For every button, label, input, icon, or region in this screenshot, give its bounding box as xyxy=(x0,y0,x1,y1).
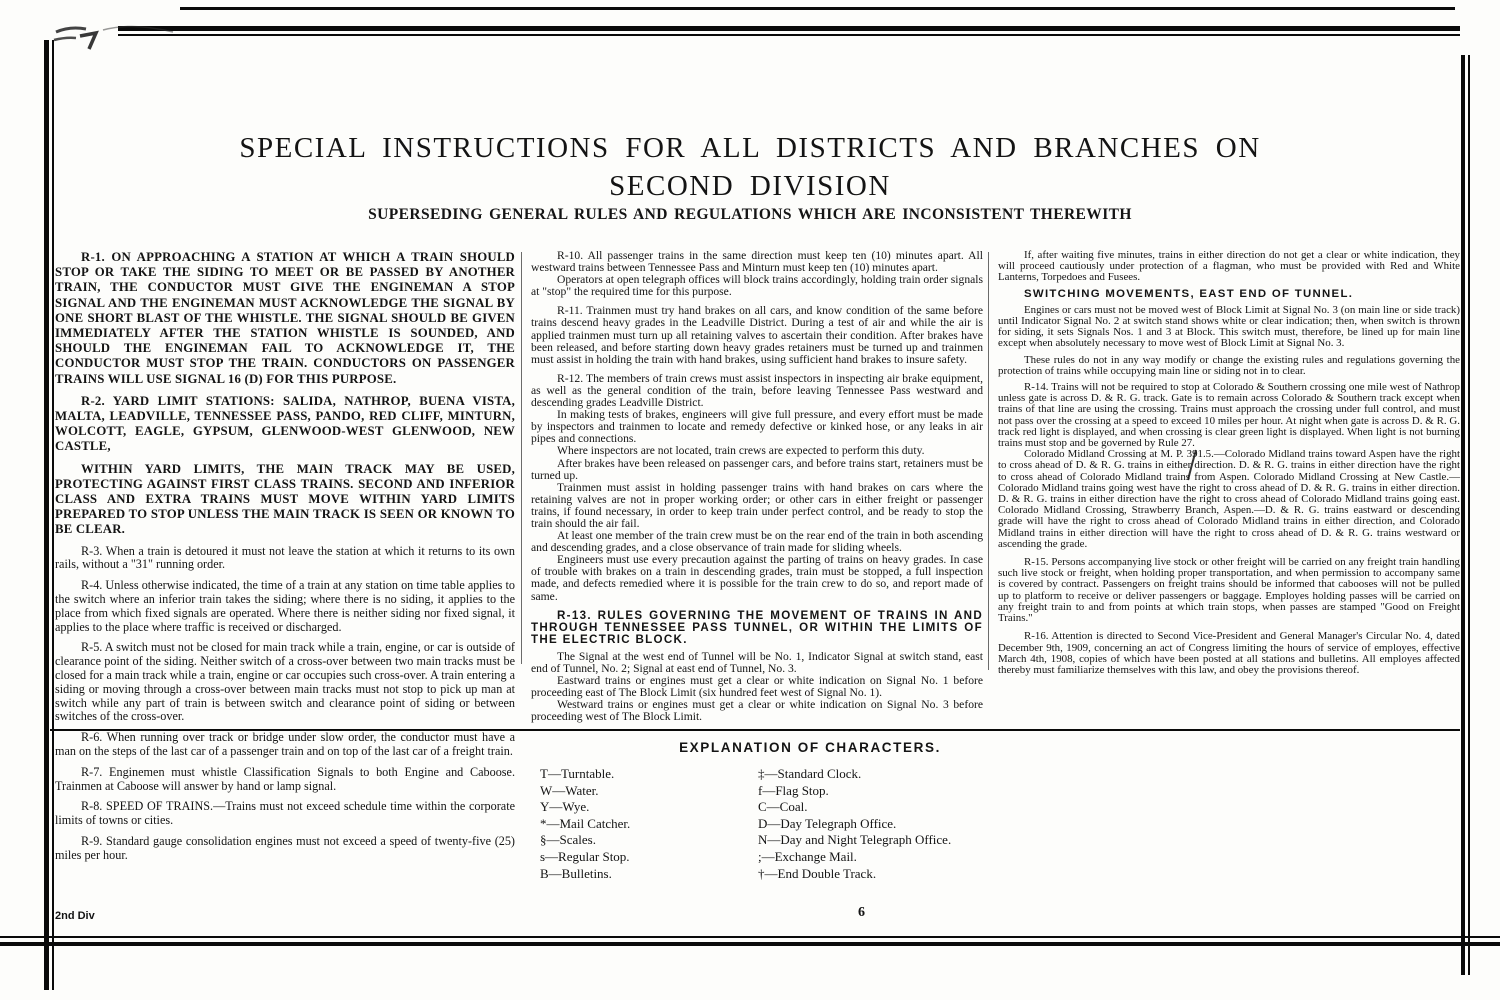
page-subtitle: SUPERSEDING GENERAL RULES AND REGULATION… xyxy=(120,206,1380,224)
top-rule-a xyxy=(118,26,1460,31)
rule-r13-heading: R-13. RULES GOVERNING THE MOVEMENT OF TR… xyxy=(531,610,983,646)
char-turntable: T—Turntable. xyxy=(540,766,630,783)
rule-r12-cont-3: After brakes have been released on passe… xyxy=(531,458,983,482)
rule-r13-para-3: Westward trains or engines must get a cl… xyxy=(531,699,983,723)
char-day-telegraph: D—Day Telegraph Office. xyxy=(758,816,951,833)
char-coal: C—Coal. xyxy=(758,799,951,816)
rule-r10-cont: Operators at open telegraph offices will… xyxy=(531,274,983,298)
explanation-heading: EXPLANATION OF CHARACTERS. xyxy=(180,740,1440,755)
char-day-night-telegraph: N—Day and Night Telegraph Office. xyxy=(758,832,951,849)
char-standard-clock: ‡—Standard Clock. xyxy=(758,766,951,783)
rule-r8: R-8. SPEED OF TRAINS.—Trains must not ex… xyxy=(55,800,515,828)
rule-r2-yard-limits: WITHIN YARD LIMITS, THE MAIN TRACK MAY B… xyxy=(55,462,515,538)
char-wye: Y—Wye. xyxy=(540,799,630,816)
char-exchange-mail: ;—Exchange Mail. xyxy=(758,849,951,866)
page-title-line2: SECOND DIVISION xyxy=(120,170,1380,203)
rule-r13-para-4: If, after waiting five minutes, trains i… xyxy=(998,250,1460,284)
top-rule-outer xyxy=(180,7,1455,10)
rule-r5: R-5. A switch must not be closed for mai… xyxy=(55,641,515,724)
rule-r2: R-2. YARD LIMIT STATIONS: SALIDA, NATHRO… xyxy=(55,394,515,455)
page-title-line1: SPECIAL INSTRUCTIONS FOR ALL DISTRICTS A… xyxy=(120,132,1380,165)
rule-r12-cont-6: Engineers must use every precaution agai… xyxy=(531,554,983,602)
explanation-list-left: T—Turntable. W—Water. Y—Wye. *—Mail Catc… xyxy=(540,766,630,882)
right-border-a xyxy=(1461,55,1465,975)
footer-division-label: 2nd Div xyxy=(55,910,95,922)
column-divider-1 xyxy=(521,252,522,664)
switching-movements-para-2: These rules do not in any way modify or … xyxy=(998,355,1460,377)
left-border-b xyxy=(52,40,54,990)
rule-r12-cont-4: Trainmen must assist in holding passenge… xyxy=(531,482,983,530)
char-end-double-track: †—End Double Track. xyxy=(758,866,951,883)
char-regular-stop: s—Regular Stop. xyxy=(540,849,630,866)
char-bulletins: B—Bulletins. xyxy=(540,866,630,883)
rule-r7: R-7. Enginemen must whistle Classificati… xyxy=(55,766,515,794)
rules-column-1: R-1. ON APPROACHING A STATION AT WHICH A… xyxy=(55,250,515,863)
rule-r13-para-1: The Signal at the west end of Tunnel wil… xyxy=(531,651,983,675)
switching-movements-para-1: Engines or cars must not be moved west o… xyxy=(998,305,1460,350)
rule-r12-cont-5: At least one member of the train crew mu… xyxy=(531,530,983,554)
char-mail-catcher: *—Mail Catcher. xyxy=(540,816,630,833)
explanation-list-right: ‡—Standard Clock. f—Flag Stop. C—Coal. D… xyxy=(758,766,951,882)
rule-r9: R-9. Standard gauge consolidation engine… xyxy=(55,835,515,863)
rule-r15: R-15. Persons accompanying live stock or… xyxy=(998,557,1460,624)
char-water: W—Water. xyxy=(540,783,630,800)
bottom-rule-b xyxy=(0,942,1500,946)
page-number: 6 xyxy=(858,905,865,921)
rules-column-2: R-10. All passenger trains in the same d… xyxy=(531,250,983,723)
char-scales: §—Scales. xyxy=(540,832,630,849)
bottom-rule-a xyxy=(0,936,1500,938)
rule-r12-cont-2: Where inspectors are not located, train … xyxy=(531,445,983,457)
rule-r4: R-4. Unless otherwise indicated, the tim… xyxy=(55,579,515,634)
rule-r16: R-16. Attention is directed to Second Vi… xyxy=(998,631,1460,676)
rule-r3: R-3. When a train is detoured it must no… xyxy=(55,545,515,573)
top-rule-b xyxy=(118,34,1460,36)
rule-r14: R-14. Trains will not be required to sto… xyxy=(998,382,1460,449)
switching-movements-heading: SWITCHING MOVEMENTS, EAST END OF TUNNEL. xyxy=(998,289,1460,300)
rule-r11: R-11. Trainmen must try hand brakes on a… xyxy=(531,305,983,365)
scanned-page: SPECIAL INSTRUCTIONS FOR ALL DISTRICTS A… xyxy=(0,0,1500,1000)
rule-r13-para-2: Eastward trains or engines must get a cl… xyxy=(531,675,983,699)
right-border-b xyxy=(1468,55,1470,975)
rules-column-3: If, after waiting five minutes, trains i… xyxy=(998,250,1460,676)
rule-r1: R-1. ON APPROACHING A STATION AT WHICH A… xyxy=(55,250,515,387)
left-border-a xyxy=(44,40,49,990)
rule-r12-cont-1: In making tests of brakes, engineers wil… xyxy=(531,409,983,445)
rule-r12: R-12. The members of train crews must as… xyxy=(531,373,983,409)
rule-r10: R-10. All passenger trains in the same d… xyxy=(531,250,983,274)
rule-r14-cont: Colorado Midland Crossing at M. P. 391.5… xyxy=(998,449,1460,550)
pencil-mark xyxy=(48,18,178,58)
column-divider-2 xyxy=(988,252,989,670)
char-flag-stop: f—Flag Stop. xyxy=(758,783,951,800)
